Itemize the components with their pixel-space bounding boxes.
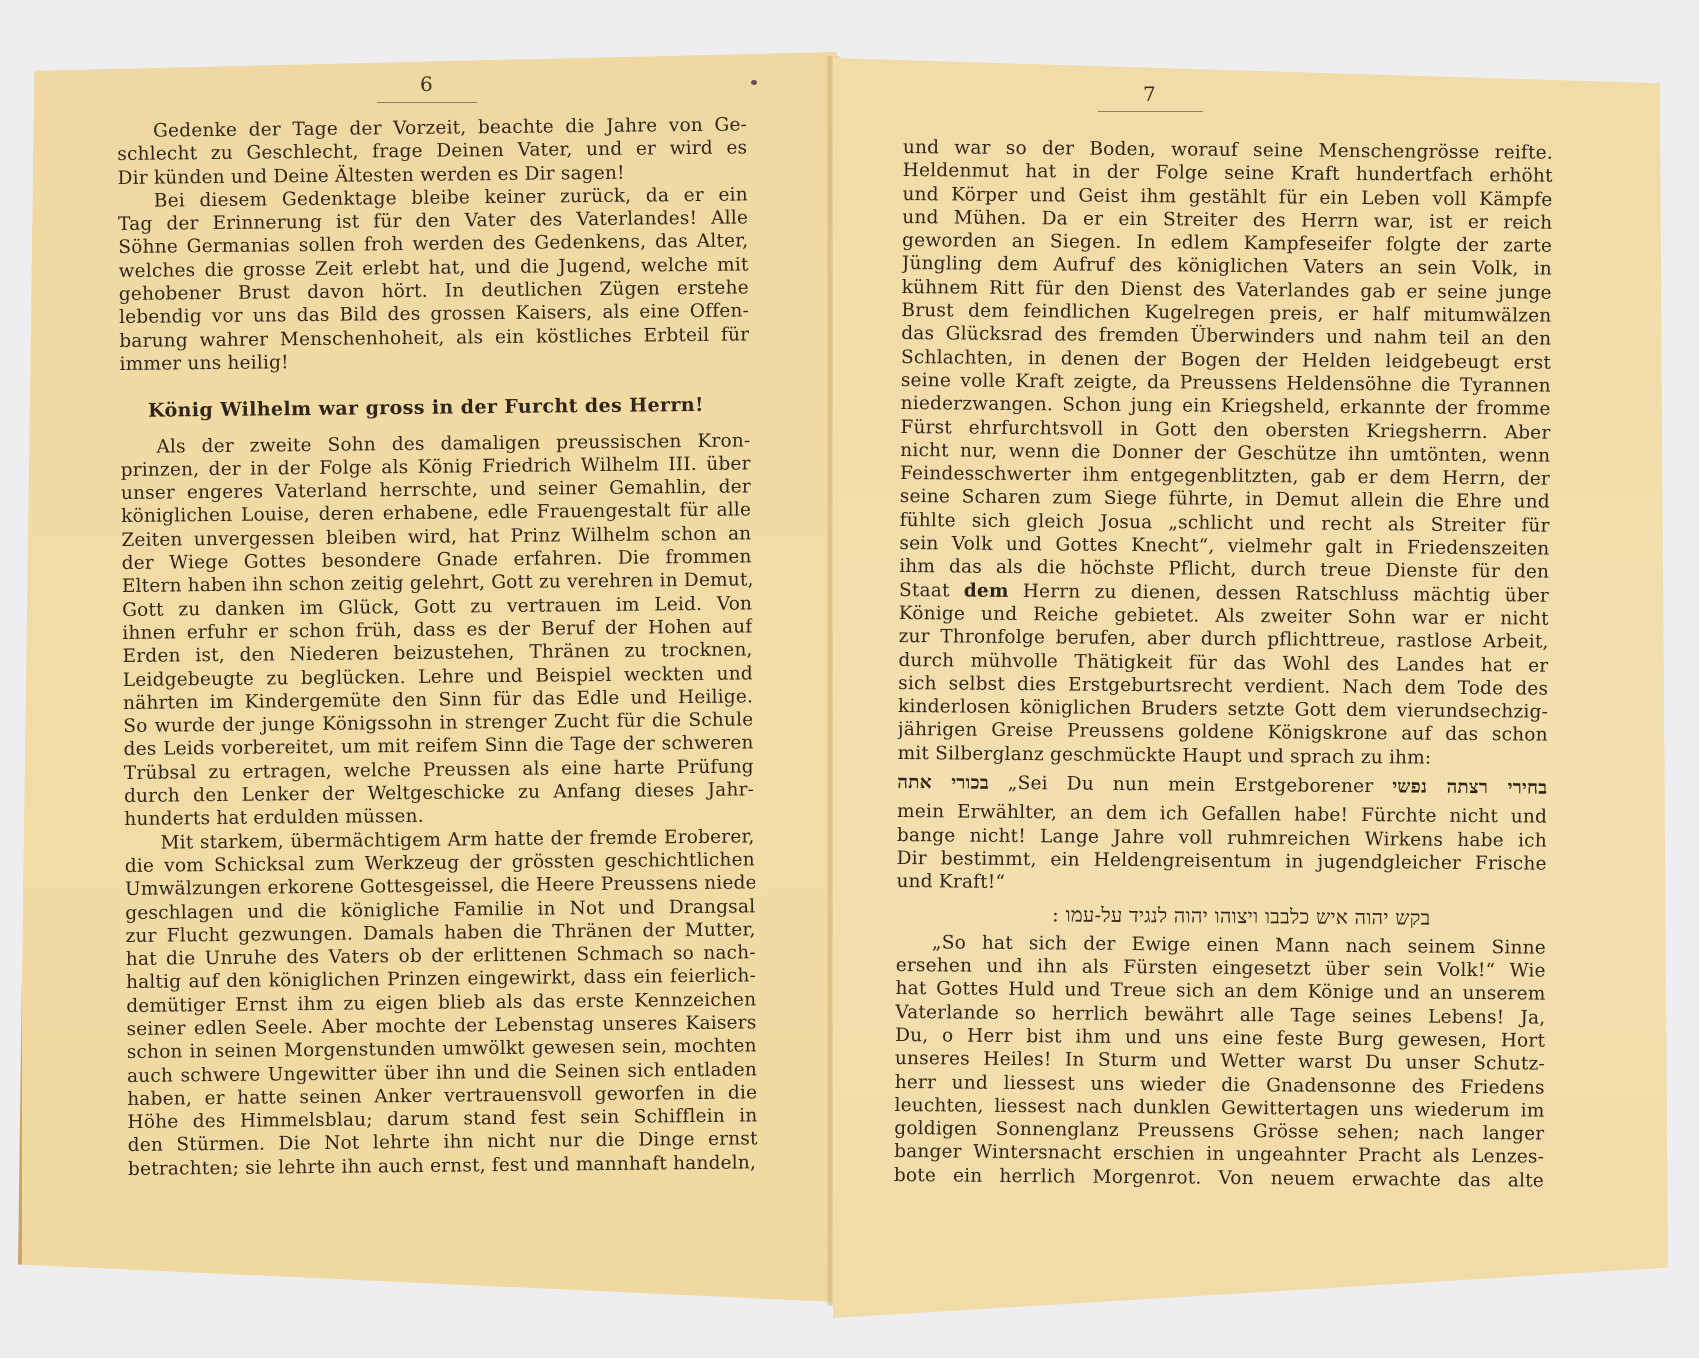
paragraph: Als der zweite Sohn des damaligen preuss…: [120, 429, 754, 832]
hebrew-verse: בקש יהוה איש כלבבו ויצוהו יהוה לנגיד על-…: [936, 902, 1546, 931]
hebrew-text: בכורי אתה: [897, 772, 989, 794]
paragraph: Mit starkem, übermächtigem Arm hatte der…: [124, 825, 758, 1181]
right-page-text: und war so der Boden, worauf seine Mensc…: [894, 136, 1553, 1193]
paragraph: Könige und Reiche gebietet. Als zweiter …: [898, 602, 1549, 771]
paragraph: Gedenke der Tage der Vorzeit, beachte di…: [117, 113, 748, 189]
section-heading: König Wilhelm war gross in der Furcht de…: [148, 394, 750, 424]
open-book: 6 Gedenke der Tage der Vorzeit, beachte …: [18, 42, 1668, 1322]
paragraph: Bei diesem Gedenktage bleibe keiner zurü…: [118, 183, 750, 376]
paragraph: und war so der Boden, worauf seine Mensc…: [899, 136, 1553, 584]
page-number: 6: [420, 72, 433, 96]
paper-stain: [751, 80, 757, 85]
quote-paragraph: mein Erwählter, an dem ich Gefallen habe…: [896, 800, 1547, 899]
page-number: 7: [1143, 82, 1156, 106]
page-number-rule: [1098, 111, 1203, 112]
page-number-rule: [377, 102, 477, 103]
right-page: 7 und war so der Boden, worauf seine Men…: [833, 58, 1668, 1318]
paragraph: „So hat sich der Ewige einen Mann nach s…: [894, 931, 1546, 1193]
left-page: 6 Gedenke der Tage der Vorzeit, beachte …: [18, 52, 837, 1302]
emphasis: dem: [964, 580, 1009, 601]
left-page-text: Gedenke der Tage der Vorzeit, beachte di…: [117, 113, 758, 1181]
hebrew-text: בחירי רצתה נפשי: [1392, 776, 1547, 798]
text-line: bote ein herrlich Morgenrot. Von neuem e…: [894, 1164, 1544, 1193]
